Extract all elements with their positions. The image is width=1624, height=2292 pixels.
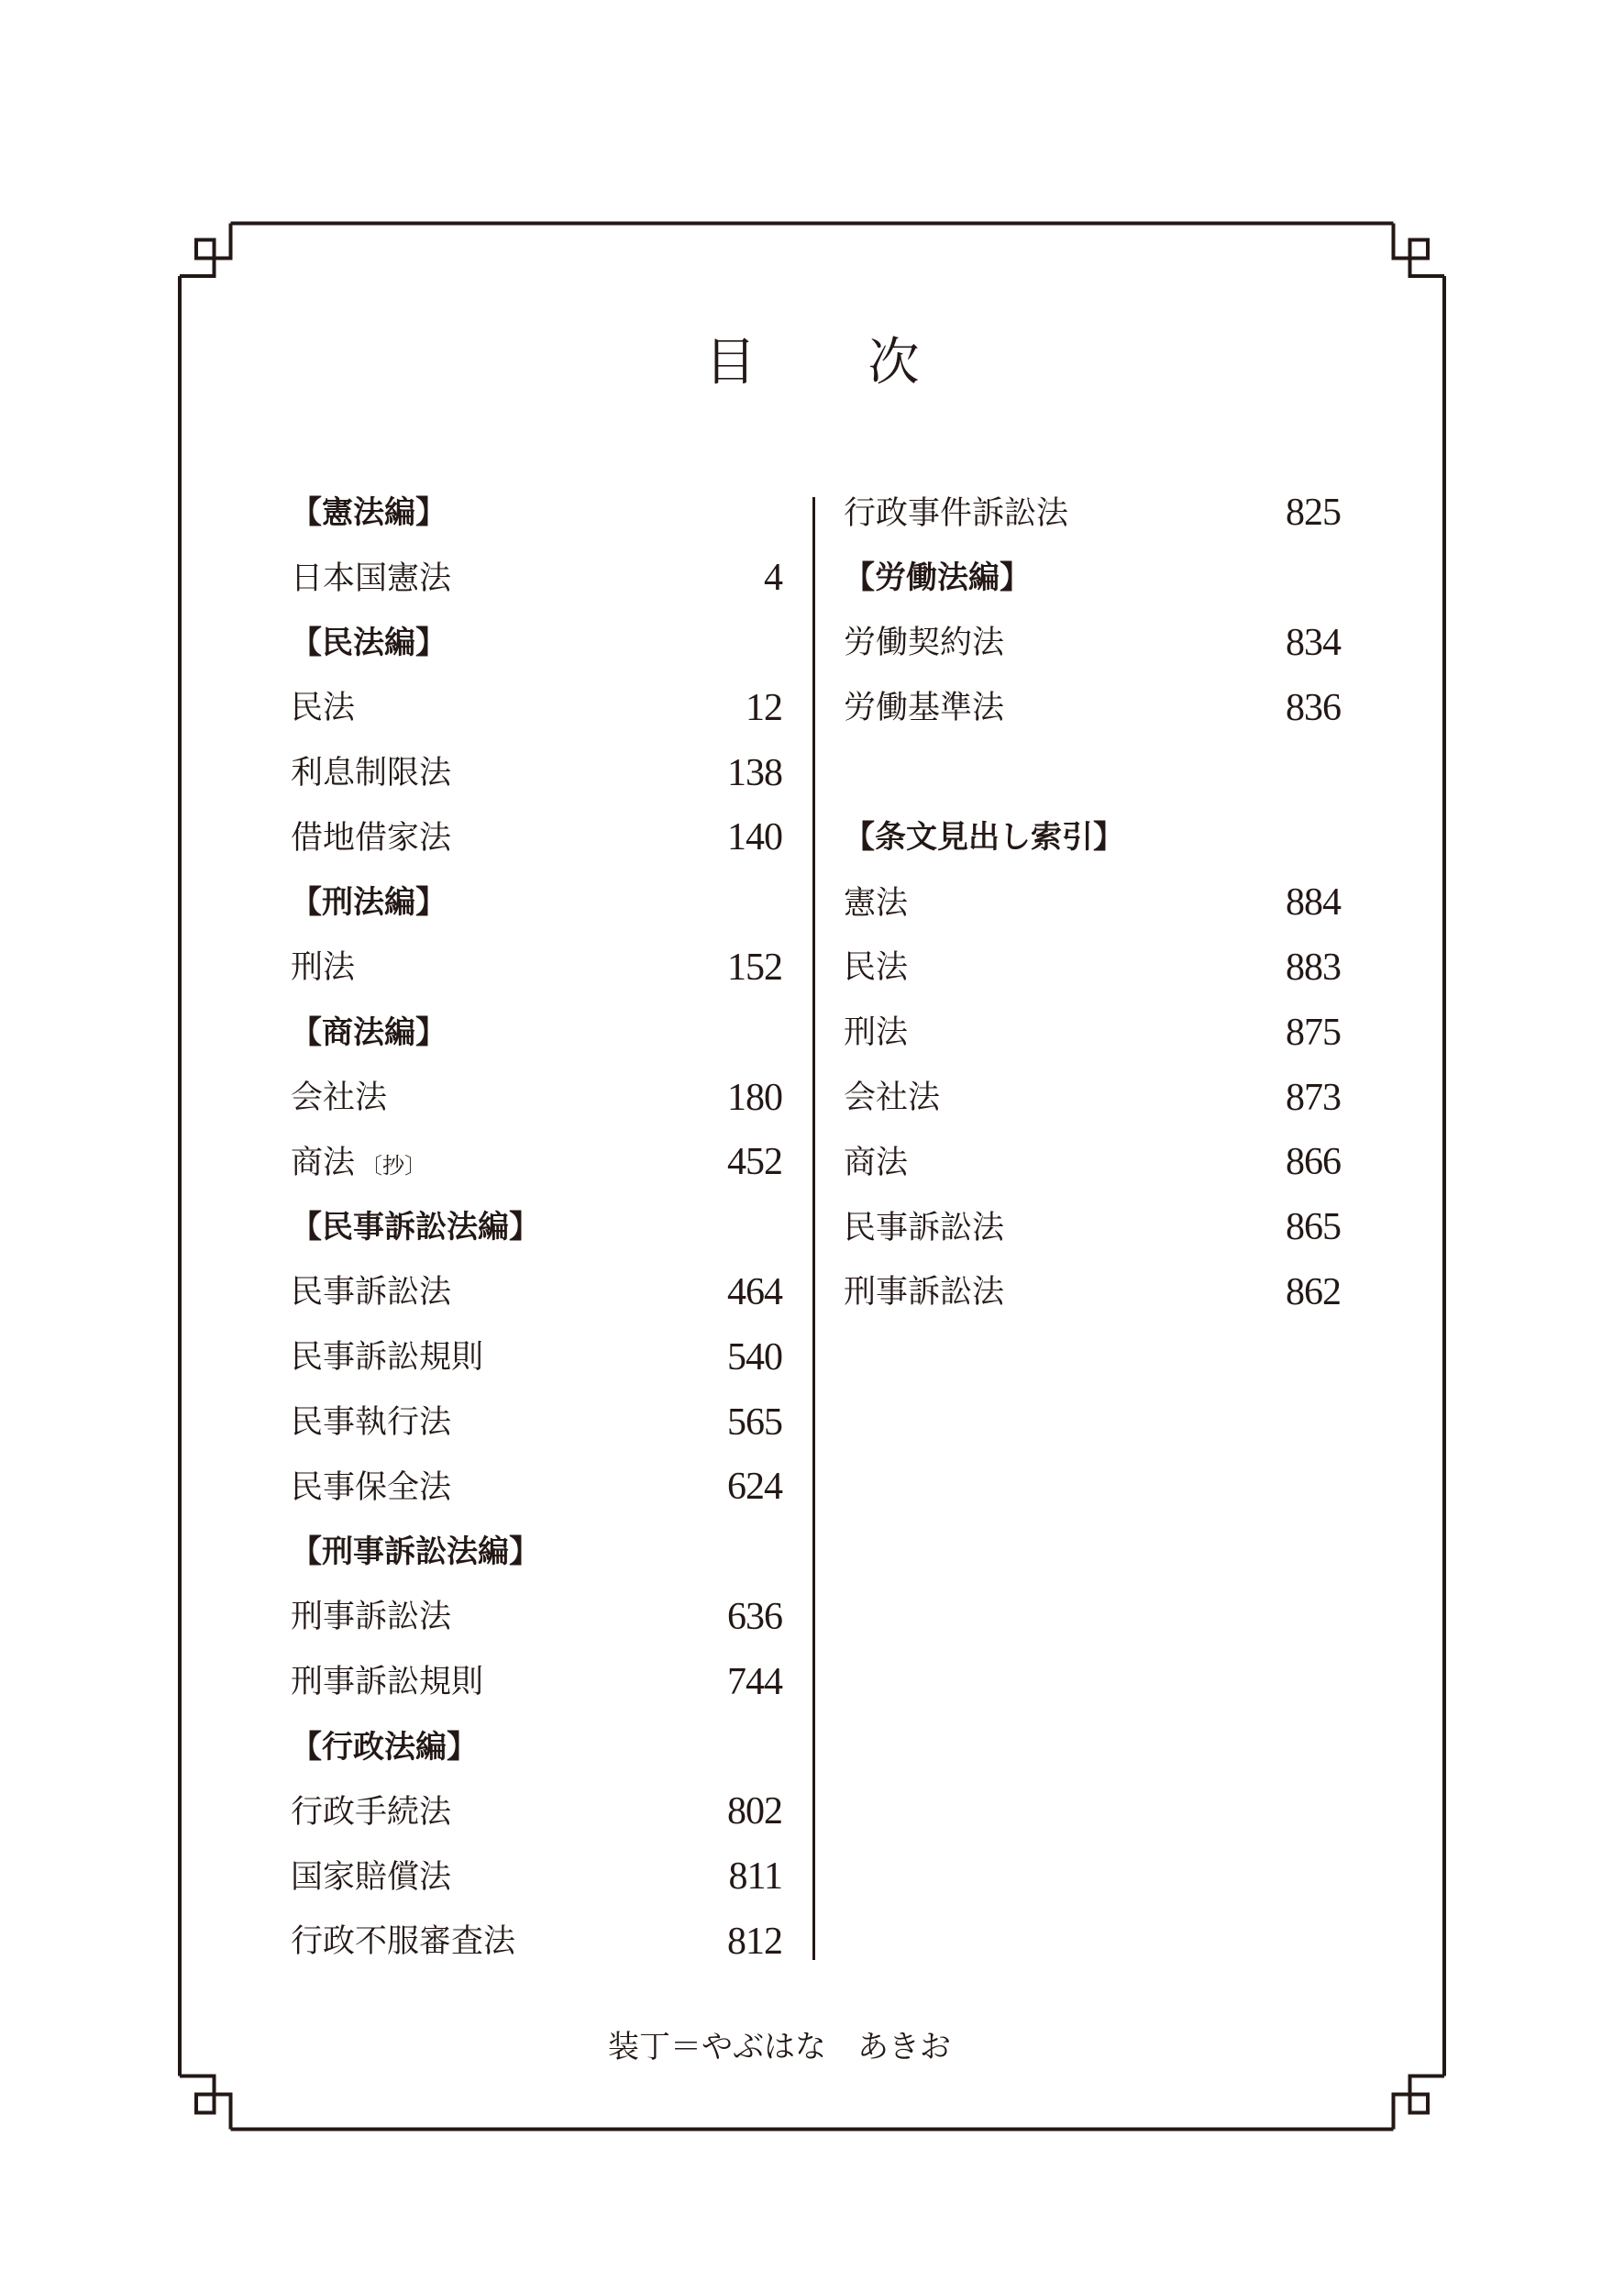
toc-entry-row: 利息制限法138 bbox=[291, 740, 782, 805]
toc-column-left: 【憲法編】日本国憲法4【民法編】民法12利息制限法138借地借家法140【刑法編… bbox=[291, 481, 782, 1974]
toc-entry-row: 民事訴訟規則540 bbox=[291, 1324, 782, 1390]
toc-entry-label: 会社法 bbox=[844, 1081, 940, 1113]
toc-entry-row: 刑事訴訟法636 bbox=[291, 1585, 782, 1650]
toc-entry-row: 商法866 bbox=[844, 1130, 1341, 1195]
toc-section-row: 【労働法編】 bbox=[844, 546, 1341, 611]
toc-entry-page-number: 565 bbox=[727, 1403, 782, 1442]
toc-entry-page-number: 834 bbox=[1286, 624, 1341, 662]
toc-entry-label: 刑事訴訟法 bbox=[291, 1600, 451, 1633]
corner-ornament-top-left bbox=[180, 224, 231, 277]
toc-entry-row: 日本国憲法4 bbox=[291, 546, 782, 611]
toc-entry-page-number: 452 bbox=[727, 1143, 782, 1181]
toc-entry-label: 日本国憲法 bbox=[291, 562, 451, 594]
toc-entry-row: 刑事訴訟規則744 bbox=[291, 1649, 782, 1714]
toc-section-label: 【行政法編】 bbox=[291, 1732, 478, 1763]
page-title: 目 次 bbox=[0, 338, 1624, 389]
toc-section-row: 【商法編】 bbox=[291, 1000, 782, 1065]
toc-column-right: 行政事件訴訟法825【労働法編】労働契約法834労働基準法836【条文見出し索引… bbox=[844, 481, 1341, 1324]
toc-entry-label: 商法 bbox=[844, 1146, 908, 1179]
toc-section-row: 【条文見出し索引】 bbox=[844, 805, 1341, 870]
toc-entry-label: 憲法 bbox=[844, 887, 908, 919]
toc-entry-page-number: 636 bbox=[727, 1598, 782, 1636]
toc-entry-page-number: 180 bbox=[727, 1079, 782, 1117]
toc-page: 目 次 【憲法編】日本国憲法4【民法編】民法12利息制限法138借地借家法140… bbox=[0, 0, 1624, 2292]
toc-section-label: 【商法編】 bbox=[291, 1017, 447, 1048]
toc-entry-row: 刑法875 bbox=[844, 1000, 1341, 1065]
toc-entry-note: 〔抄〕 bbox=[360, 1155, 426, 1179]
toc-entry-page-number: 875 bbox=[1286, 1013, 1341, 1052]
toc-entry-label: 民事訴訟法 bbox=[844, 1212, 1004, 1244]
toc-entry-label: 民事訴訟法 bbox=[291, 1276, 451, 1308]
toc-entry-label: 会社法 bbox=[291, 1081, 387, 1113]
toc-entry-page-number: 811 bbox=[729, 1857, 782, 1896]
toc-entry-label: 労働基準法 bbox=[844, 692, 1004, 724]
toc-section-label: 【刑事訴訟法編】 bbox=[291, 1536, 540, 1567]
corner-square-bottom-left bbox=[196, 2095, 215, 2113]
toc-entry-row: 刑法152 bbox=[291, 936, 782, 1001]
toc-entry-page-number: 836 bbox=[1286, 689, 1341, 727]
toc-section-row: 【刑事訴訟法編】 bbox=[291, 1520, 782, 1585]
toc-section-label: 【刑法編】 bbox=[291, 887, 447, 918]
toc-entry-page-number: 865 bbox=[1286, 1208, 1341, 1246]
toc-section-label: 【条文見出し索引】 bbox=[844, 822, 1124, 853]
toc-entry-page-number: 744 bbox=[727, 1663, 782, 1701]
corner-square-bottom-right bbox=[1410, 2095, 1429, 2113]
toc-entry-label: 行政手続法 bbox=[291, 1796, 451, 1828]
toc-section-row: 【民法編】 bbox=[291, 611, 782, 676]
toc-entry-row: 刑事訴訟法862 bbox=[844, 1260, 1341, 1325]
toc-entry-label: 商法〔抄〕 bbox=[291, 1146, 426, 1179]
toc-entry-label: 借地借家法 bbox=[291, 822, 451, 854]
toc-entry-page-number: 152 bbox=[727, 948, 782, 987]
toc-entry-row: 会社法873 bbox=[844, 1065, 1341, 1130]
toc-entry-label: 民法 bbox=[844, 951, 908, 983]
toc-entry-page-number: 464 bbox=[727, 1273, 782, 1312]
colophon-credit: 装丁＝やぶはな あきお bbox=[0, 2023, 1559, 2064]
toc-entry-row: 民事訴訟法464 bbox=[291, 1260, 782, 1325]
corner-ornament-bottom-right bbox=[1394, 2076, 1445, 2130]
corner-ornament-top-right bbox=[1394, 224, 1445, 277]
toc-entry-page-number: 802 bbox=[727, 1792, 782, 1831]
toc-section-label: 【労働法編】 bbox=[844, 562, 1031, 593]
toc-entry-row: 民法883 bbox=[844, 936, 1341, 1001]
toc-entry-row: 国家賠償法811 bbox=[291, 1844, 782, 1910]
toc-entry-row: 憲法884 bbox=[844, 870, 1341, 936]
toc-entry-label: 刑事訴訟法 bbox=[844, 1276, 1004, 1308]
toc-entry-page-number: 825 bbox=[1286, 493, 1341, 532]
toc-entry-page-number: 873 bbox=[1286, 1079, 1341, 1117]
toc-entry-label: 国家賠償法 bbox=[291, 1861, 451, 1893]
toc-entry-page-number: 624 bbox=[727, 1467, 782, 1506]
toc-entry-row: 民事執行法565 bbox=[291, 1390, 782, 1455]
toc-entry-label: 刑事訴訟規則 bbox=[291, 1666, 483, 1698]
toc-entry-row: 労働基準法836 bbox=[844, 675, 1341, 740]
toc-entry-page-number: 883 bbox=[1286, 948, 1341, 987]
toc-entry-page-number: 884 bbox=[1286, 883, 1341, 922]
toc-entry-label: 民事訴訟規則 bbox=[291, 1341, 483, 1373]
toc-entry-page-number: 4 bbox=[764, 559, 782, 597]
toc-entry-label: 行政不服審査法 bbox=[291, 1925, 515, 1957]
toc-entry-row: 会社法180 bbox=[291, 1065, 782, 1130]
page-title-char-2: 次 bbox=[868, 338, 920, 389]
toc-entry-page-number: 138 bbox=[727, 754, 782, 792]
toc-entry-page-number: 12 bbox=[746, 689, 782, 727]
column-divider bbox=[812, 497, 815, 1960]
toc-entry-row: 民事訴訟法865 bbox=[844, 1195, 1341, 1260]
toc-entry-page-number: 862 bbox=[1286, 1273, 1341, 1312]
toc-entry-row: 行政手続法802 bbox=[291, 1779, 782, 1844]
toc-entry-page-number: 140 bbox=[727, 818, 782, 857]
toc-entry-row: 借地借家法140 bbox=[291, 805, 782, 870]
toc-entry-page-number: 866 bbox=[1286, 1143, 1341, 1181]
toc-entry-page-number: 812 bbox=[727, 1922, 782, 1961]
toc-entry-row: 行政不服審査法812 bbox=[291, 1910, 782, 1975]
toc-entry-label: 民事保全法 bbox=[291, 1471, 451, 1503]
toc-entry-label: 刑法 bbox=[291, 951, 355, 983]
toc-entry-label: 民事執行法 bbox=[291, 1406, 451, 1438]
toc-section-row: 【行政法編】 bbox=[291, 1714, 782, 1779]
corner-ornament-bottom-left bbox=[180, 2076, 231, 2130]
toc-section-row: 【民事訴訟法編】 bbox=[291, 1195, 782, 1260]
toc-entry-label: 利息制限法 bbox=[291, 757, 451, 789]
toc-section-label: 【民法編】 bbox=[291, 627, 447, 659]
toc-entry-page-number: 540 bbox=[727, 1338, 782, 1377]
toc-section-row: 【刑法編】 bbox=[291, 870, 782, 936]
toc-section-row: 【憲法編】 bbox=[291, 481, 782, 546]
toc-section-label: 【民事訴訟法編】 bbox=[291, 1212, 540, 1243]
page-title-char-1: 目 bbox=[705, 338, 757, 389]
toc-entry-label: 行政事件訴訟法 bbox=[844, 497, 1068, 529]
toc-entry-label: 民法 bbox=[291, 692, 355, 724]
toc-entry-label: 刑法 bbox=[844, 1016, 908, 1048]
corner-square-top-left bbox=[196, 240, 215, 259]
toc-entry-row: 労働契約法834 bbox=[844, 611, 1341, 676]
toc-entry-row: 民法12 bbox=[291, 675, 782, 740]
toc-entry-label: 労働契約法 bbox=[844, 626, 1004, 659]
corner-square-top-right bbox=[1410, 240, 1429, 259]
toc-section-label: 【憲法編】 bbox=[291, 497, 447, 528]
toc-entry-row: 民事保全法624 bbox=[291, 1455, 782, 1520]
toc-entry-row: 行政事件訴訟法825 bbox=[844, 481, 1341, 546]
toc-entry-row: 商法〔抄〕452 bbox=[291, 1130, 782, 1195]
